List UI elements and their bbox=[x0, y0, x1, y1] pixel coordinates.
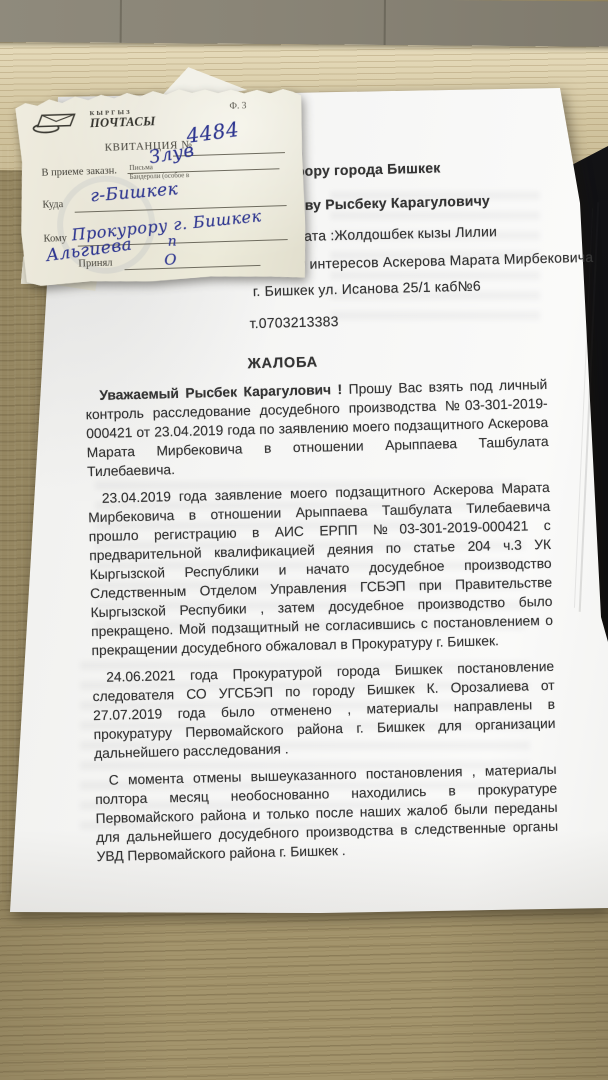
letter-header-line: рору города Бишкек bbox=[296, 159, 441, 179]
paragraph-1: Уважаемый Рысбек Карагулович ! Прошу Вас… bbox=[85, 375, 549, 481]
postal-receipt-wrap: Ф. 3 КЫРГЫЗ ПОЧТАСЫ КВИТАНЦИЯ № 4484 В п… bbox=[15, 84, 307, 293]
letter-body: Уважаемый Рысбек Карагулович ! Прошу Вас… bbox=[85, 375, 559, 874]
logo-text: КЫРГЫЗ ПОЧТАСЫ bbox=[90, 108, 156, 131]
prinyal-label: Принял bbox=[78, 258, 112, 270]
letter-header-line: у интересов Аскерова Марата Мирбековича bbox=[298, 249, 593, 272]
letter-phone-line: т.0703213383 bbox=[249, 313, 338, 331]
kyrgyz-post-logo: КЫРГЫЗ ПОЧТАСЫ bbox=[32, 108, 156, 136]
letter-header-line: еву Рысбеку Карагуловичу bbox=[297, 192, 491, 213]
field-line bbox=[125, 265, 261, 270]
form-code: Ф. 3 bbox=[229, 101, 246, 112]
paragraph-4: С момента отмены вышеуказанного постанов… bbox=[95, 760, 559, 866]
paragraph-2: 23.04.2019 года заявление моего подзащит… bbox=[88, 478, 554, 660]
postal-receipt: Ф. 3 КЫРГЫЗ ПОЧТАСЫ КВИТАНЦИЯ № 4484 В п… bbox=[15, 84, 307, 293]
handwritten-initial-2: О bbox=[164, 251, 177, 269]
envelope-icon bbox=[32, 110, 89, 136]
salutation: Уважаемый Рысбек Карагулович ! bbox=[99, 382, 342, 403]
paragraph-3: 24.06.2021 года Прокуратурой города Бишк… bbox=[92, 657, 556, 763]
photo-of-document: { "scene": { "wall_color": "#8a8577", "t… bbox=[0, 0, 608, 1080]
handwritten-initial-1: п bbox=[167, 234, 177, 250]
letter-header-line: ката :Жолдошбек кызы Лилии bbox=[297, 223, 497, 244]
letter-title: ЖАЛОБА bbox=[247, 355, 318, 373]
kuda-label: Куда bbox=[42, 199, 63, 211]
logo-line2: ПОЧТАСЫ bbox=[90, 114, 156, 131]
